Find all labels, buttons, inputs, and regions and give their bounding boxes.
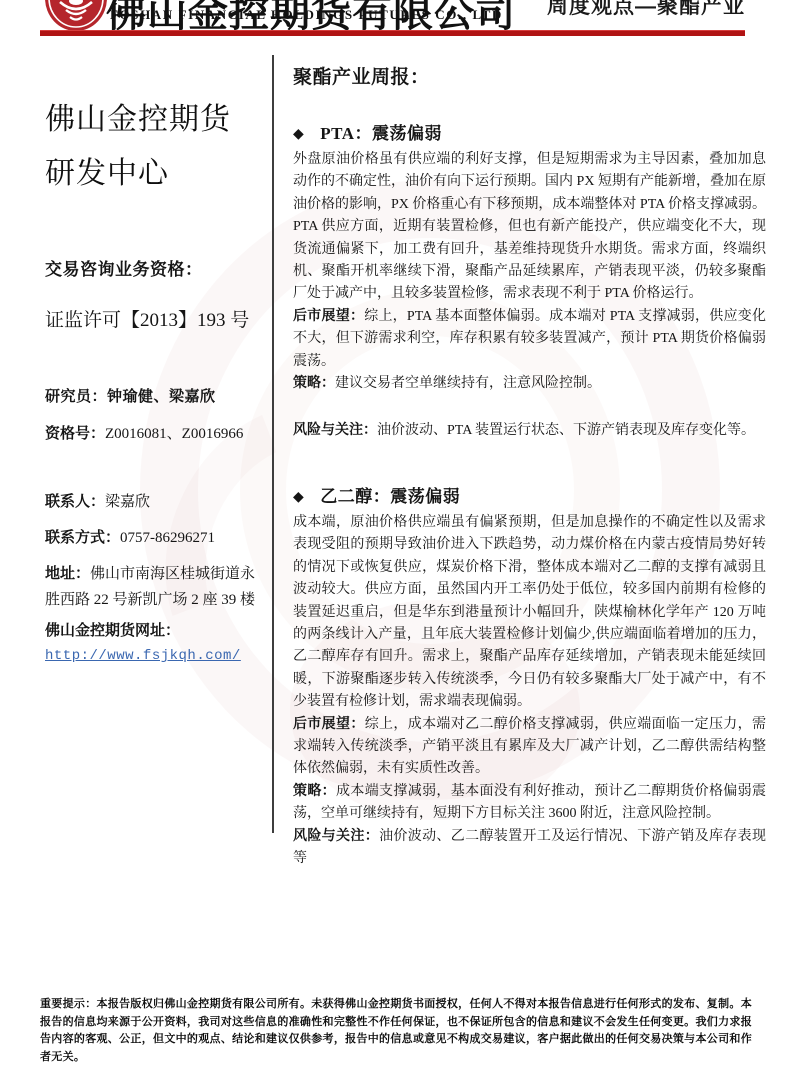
website-label: 佛山金控期货网址： — [45, 619, 261, 640]
section-meg-title: 乙二醇：震荡偏弱 — [320, 487, 460, 506]
researcher-line: 研究员：钟瑜健、梁嘉欣 — [45, 385, 261, 406]
section-meg-risk: 风险与关注：油价波动、乙二醇装置开工及运行情况、下游产销及库存表现等 — [293, 826, 766, 871]
address-label: 地址： — [45, 566, 90, 582]
website-line: http://www.fsjkqh.com/ — [45, 647, 261, 664]
risk-label: 风险与关注： — [293, 423, 377, 438]
info-sidebar: 佛山金控期货 研发中心 交易咨询业务资格： 证监许可【2013】193 号 研究… — [45, 55, 261, 835]
section-pta-risk: 风险与关注：油价波动、PTA 装置运行状态、下游产销表现及库存变化等。 — [293, 420, 766, 442]
contact-line: 联系人：梁嘉欣 — [45, 490, 261, 511]
diamond-bullet-icon: ◆ — [293, 490, 304, 505]
report-title: 聚酯产业周报： — [293, 62, 766, 89]
strategy-text: 成本端支撑减弱，基本面没有利好推动，预计乙二醇期货价格偏弱震荡，空单可继续持有，… — [293, 784, 766, 821]
header-accent-rule — [40, 30, 745, 36]
section-meg-strategy: 策略：成本端支撑减弱，基本面没有利好推动，预计乙二醇期货价格偏弱震荡，空单可继续… — [293, 781, 766, 826]
website-link[interactable]: http://www.fsjkqh.com/ — [45, 648, 241, 664]
researcher-label: 研究员： — [45, 389, 107, 405]
phone-line: 联系方式：0757-86296271 — [45, 526, 261, 547]
report-body: 聚酯产业周报： ◆PTA：震荡偏弱 外盘原油价格虽有供应端的利好支撑，但是短期需… — [293, 62, 766, 870]
outlook-label: 后市展望： — [293, 309, 364, 324]
qualification-label: 交易咨询业务资格： — [45, 255, 261, 280]
section-meg-heading: ◆乙二醇：震荡偏弱 — [293, 482, 766, 507]
department-line1: 佛山金控期货 — [45, 93, 261, 147]
section-pta-outlook: 后市展望：综上，PTA 基本面整体偏弱。成本端对 PTA 支撑减弱，供应变化不大… — [293, 306, 766, 373]
disclaimer: 重要提示：本报告版权归佛山金控期货有限公司所有。未获得佛山金控期货书面授权，任何… — [40, 996, 752, 1066]
phone-number: 0757-86296271 — [120, 530, 215, 546]
contact-name: 梁嘉欣 — [105, 494, 150, 510]
certificate-label: 资格号： — [45, 426, 105, 442]
outlook-text: 综上，PTA 基本面整体偏弱。成本端对 PTA 支撑减弱，供应变化不大，但下游需… — [293, 309, 766, 369]
department-line2: 研发中心 — [45, 147, 261, 201]
contact-label: 联系人： — [45, 494, 105, 510]
researcher-names: 钟瑜健、梁嘉欣 — [107, 389, 216, 405]
address-line: 地址：佛山市南海区桂城街道永胜西路 22 号新凯广场 2 座 39 楼 — [45, 561, 267, 613]
section-pta-heading: ◆PTA：震荡偏弱 — [293, 119, 766, 144]
phone-label: 联系方式： — [45, 530, 120, 546]
strategy-label: 策略： — [293, 784, 336, 799]
department-name: 佛山金控期货 研发中心 — [45, 93, 261, 201]
certificate-line: 资格号：Z0016081、Z0016966 — [45, 422, 261, 443]
company-seal-logo — [44, 0, 108, 32]
section-meg-analysis: 成本端，原油价格供应端虽有偏紧预期，但是加息操作的不确定性以及需求表现受阻的预期… — [293, 512, 766, 714]
report-topic: 周度观点—聚酯产业 — [547, 0, 745, 20]
company-subtitle-en: FOSHAN FINANCIAL HOLDINGS FUTURES CO., L… — [110, 7, 503, 23]
section-pta-strategy: 策略：建议交易者空单继续持有，注意风险控制。 — [293, 373, 766, 395]
outlook-text: 综上，成本端对乙二醇价格支撑减弱，供应端面临一定压力，需求端转入传统淡季，产销平… — [293, 717, 766, 777]
section-meg: ◆乙二醇：震荡偏弱 成本端，原油价格供应端虽有偏紧预期，但是加息操作的不确定性以… — [293, 482, 766, 871]
strategy-text: 建议交易者空单继续持有，注意风险控制。 — [335, 376, 601, 391]
section-pta: ◆PTA：震荡偏弱 外盘原油价格虽有供应端的利好支撑，但是短期需求为主导因素，叠… — [293, 119, 766, 443]
section-pta-analysis: 外盘原油价格虽有供应端的利好支撑，但是短期需求为主导因素，叠加加息动作的不确定性… — [293, 149, 766, 306]
disclaimer-label: 重要提示： — [40, 998, 97, 1010]
column-divider — [272, 55, 274, 833]
certificate-numbers: Z0016081、Z0016966 — [105, 426, 243, 442]
disclaimer-text: 本报告版权归佛山金控期货有限公司所有。未获得佛山金控期货书面授权，任何人不得对本… — [40, 998, 752, 1063]
section-meg-outlook: 后市展望：综上，成本端对乙二醇价格支撑减弱，供应端面临一定压力，需求端转入传统淡… — [293, 714, 766, 781]
diamond-bullet-icon: ◆ — [293, 127, 304, 142]
risk-text: 油价波动、PTA 装置运行状态、下游产销表现及库存变化等。 — [377, 423, 755, 438]
report-page: 佛山金控期货有限公司 FOSHAN FINANCIAL HOLDINGS FUT… — [0, 0, 794, 1080]
risk-label: 风险与关注： — [293, 829, 379, 844]
section-pta-title: PTA：震荡偏弱 — [320, 124, 442, 143]
strategy-label: 策略： — [293, 376, 335, 391]
license-number: 证监许可【2013】193 号 — [45, 305, 261, 332]
outlook-label: 后市展望： — [293, 717, 365, 732]
